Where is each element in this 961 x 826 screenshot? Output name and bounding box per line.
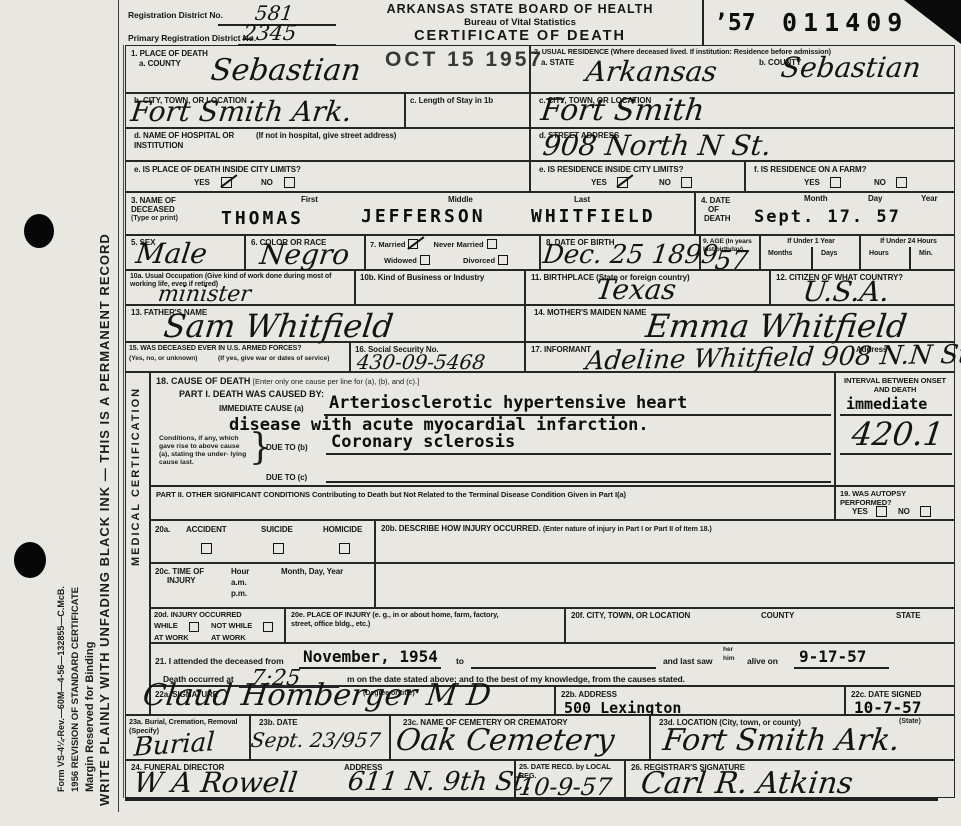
cause-code-value: 420.1 (850, 418, 946, 450)
cell-burial-type: 23a. Burial, Cremation, Removal (Specify… (125, 715, 250, 760)
farm-yes-label: YES (804, 178, 820, 188)
cell-place-city: b. CITY, TOWN, OR LOCATION Fort Smith Ar… (125, 93, 405, 128)
marital-never-label: Never Married (434, 240, 484, 249)
cell-occupation: 10a. Usual Occupation (Give kind of work… (125, 270, 355, 305)
cell-sex: 5. SEX Male (125, 235, 245, 270)
cause-c-rule (326, 481, 831, 483)
autopsy-yes-label: YES (852, 507, 868, 517)
dod-label-3: DEATH (704, 214, 730, 224)
attended-pre-label: 21. I attended the deceased from (155, 656, 284, 666)
cell-20f: 20f. CITY, TOWN, OR LOCATION COUNTY STAT… (565, 608, 955, 643)
farm-yes-checkbox (830, 177, 841, 188)
months-label: Months (768, 250, 792, 258)
cell-date-of-death: 4. DATE OF DEATH Month Day Year Sept. 17… (695, 192, 955, 235)
funeral-director-address-value: 611 N. 9th St. (346, 769, 533, 795)
autopsy-yes-checkbox (876, 506, 887, 517)
certifier-address-value: 500 Lexington (564, 701, 681, 716)
burial-date-value: Sept. 23/957 (250, 730, 382, 750)
married-checkbox (408, 239, 418, 249)
dob-value: Dec. 25 1899 (541, 242, 719, 268)
physician-signature-value: Claud Homberger M D (141, 681, 492, 711)
form-bottom-rule (125, 797, 938, 801)
place-of-death-section-label: 1. PLACE OF DEATH (131, 49, 208, 59)
place-limits-no-checkbox (284, 177, 295, 188)
divorced-checkbox (498, 255, 508, 265)
residence-state-label: a. STATE (541, 58, 574, 68)
certificate-title: CERTIFICATE OF DEATH (340, 28, 700, 44)
cell-20c: 20c. TIME OF INJURY Hour a.m. p.m. Month… (150, 563, 375, 608)
certificate-year: ’57 (714, 12, 756, 35)
cell-20e: 20e. PLACE OF INJURY (e. g., in or about… (285, 608, 565, 643)
not-while-label: NOT WHILE (211, 621, 252, 630)
binding-edge-line-inner (123, 45, 124, 798)
cell-name-of-deceased: 3. NAME OF DECEASED (Type or print) Firs… (125, 192, 695, 235)
days-label: Days (821, 250, 837, 258)
informant-value: Adeline Whitfield 908 N.N St. (584, 342, 961, 375)
autopsy-no-label: NO (898, 507, 910, 517)
under24-divider (909, 247, 911, 270)
cell-mother-name: 14. MOTHER'S MAIDEN NAME Emma Whitfield (525, 305, 955, 342)
marital-married-label: Married (378, 240, 405, 249)
part2-label: PART II. OTHER SIGNIFICANT CONDITIONS Co… (156, 490, 828, 499)
board-title: ARKANSAS STATE BOARD OF HEALTH (340, 2, 700, 16)
residence-limits-no-label: NO (659, 178, 671, 188)
cell-date-signed: 22c. DATE SIGNED 10-7-57 (845, 686, 955, 715)
margin-form-code: Form VS-4¼-Rev.—60M—4-56—132855—C.McB. (56, 586, 66, 792)
am-label: a.m. (231, 578, 247, 588)
homicide-checkbox (339, 543, 350, 554)
cell-father-name: 13. FATHER'S NAME Sam Whitfield (125, 305, 525, 342)
immediate-cause-label: IMMEDIATE CAUSE (a) (219, 404, 304, 414)
alive-on-rule (794, 667, 889, 669)
injury-state-label: STATE (896, 611, 921, 621)
cell-funeral-director: 24. FUNERAL DIRECTOR ADDRESS W A Rowell … (125, 760, 515, 798)
cell-burial-location: 23d. LOCATION (City, town, or county) (S… (650, 715, 955, 760)
funeral-director-value: W A Rowell (132, 769, 299, 797)
cell-signature: 22a. SIGNATURE (Degree or title) Claud H… (150, 686, 555, 715)
binding-edge-line (118, 0, 119, 812)
place-city-value: Fort Smith Ark. (129, 98, 353, 126)
cell-20b: 20b. DESCRIBE HOW INJURY OCCURRED. (Ente… (375, 520, 955, 563)
part1-label: PART I. DEATH WAS CAUSED BY: (179, 389, 324, 400)
occupation-value: minister (157, 284, 252, 306)
header-divider (702, 0, 704, 45)
place-of-injury-label: 20e. PLACE OF INJURY (e. g., in or about… (291, 611, 506, 629)
cell-residence-farm: f. IS RESIDENCE ON A FARM? YES NO (745, 161, 955, 192)
farm-no-label: NO (874, 178, 886, 188)
industry-label: 10b. Kind of Business or Industry (360, 273, 484, 283)
hole-punch-top (24, 214, 54, 248)
father-value: Sam Whitfield (162, 310, 395, 342)
cause-section-label: 18. CAUSE OF DEATH [Enter only one cause… (156, 376, 419, 387)
hospital-label: d. NAME OF HOSPITAL OR INSTITUTION (134, 131, 239, 150)
birthplace-value: Texas (594, 276, 677, 304)
cell-length-of-stay: c. Length of Stay in 1b (405, 93, 530, 128)
immediate-cause-line1: Arteriosclerotic hypertensive heart (329, 395, 687, 412)
bureau-subtitle: Bureau of Vital Statistics (340, 17, 700, 28)
race-value: Negro (258, 241, 351, 269)
burial-type-value: Burial (133, 729, 215, 761)
attended-from-rule (299, 667, 441, 669)
attended-to-rule (471, 667, 656, 669)
farm-no-checkbox (896, 177, 907, 188)
cell-birthplace: 11. BIRTHPLACE (State or foreign country… (525, 270, 770, 305)
registration-district-label: Registration District No. (128, 10, 223, 20)
cell-citizen: 12. CITIZEN OF WHAT COUNTRY? U.S.A. (770, 270, 955, 305)
armed-forces-note2: (If yes, give war or dates of service) (218, 355, 346, 363)
dod-year-header: Year (921, 194, 938, 204)
residence-state-value: Arkansas (584, 58, 718, 86)
never-married-checkbox (487, 239, 497, 249)
cell-certifier-address: 22b. ADDRESS 500 Lexington (555, 686, 845, 715)
injury-county-label: COUNTY (761, 611, 794, 621)
ssn-value: 430-09-5468 (356, 352, 487, 372)
hospital-note: (If not in hospital, give street address… (256, 131, 396, 141)
injury-occurred-label: 20d. INJURY OCCURRED (154, 610, 242, 619)
mother-value: Emma Whitfield (644, 310, 909, 342)
cell-armed-forces: 15. WAS DECEASED EVER IN U.S. ARMED FORC… (125, 342, 350, 372)
injury-city-label: 20f. CITY, TOWN, OR LOCATION (571, 611, 690, 621)
pm-label: p.m. (231, 589, 247, 599)
cell-industry: 10b. Kind of Business or Industry (355, 270, 525, 305)
injury-20b-label: 20b. DESCRIBE HOW INJURY OCCURRED. (Ente… (381, 524, 712, 534)
due-to-c-label: DUE TO (c) (266, 473, 307, 483)
under1-divider (811, 247, 813, 270)
margin-revision-note: 1956 REVISION OF STANDARD CERTIFICATE (70, 587, 81, 792)
due-to-b-value: Coronary sclerosis (331, 434, 515, 451)
hour-label: Hour (231, 567, 249, 577)
citizen-value: U.S.A. (801, 278, 891, 306)
name-note: (Type or print) (131, 215, 178, 223)
residence-limits-yes-label: YES (591, 178, 607, 188)
cell-informant: 17. INFORMANT Address Adeline Whitfield … (525, 342, 955, 372)
margin-permanent-record-note: WRITE PLAINLY WITH UNFADING BLACK INK — … (97, 233, 112, 806)
place-limits-no-label: NO (261, 178, 273, 188)
cell-ssn: 16. Social Security No. 430-09-5468 (350, 342, 525, 372)
at-work-label-1: AT WORK (154, 633, 189, 642)
place-limits-yes-checkbox (221, 177, 232, 188)
cell-20a: 20a. ACCIDENT SUICIDE HOMICIDE (150, 520, 375, 563)
injury-20a-number: 20a. (155, 525, 170, 535)
primary-district-label: Primary Registration District No. (128, 33, 256, 43)
suicide-label: SUICIDE (261, 525, 293, 535)
registration-district-value: 581 (254, 3, 295, 23)
informant-label: 17. INFORMANT (531, 345, 591, 355)
cell-age: 9. AGE (In years last birthday) 57 (700, 235, 760, 270)
name-label-2: DECEASED (131, 205, 175, 215)
attended-from-value: November, 1954 (303, 649, 438, 665)
widowed-checkbox (420, 255, 430, 265)
hours-label: Hours (869, 250, 889, 258)
cell-hospital-name: d. NAME OF HOSPITAL OR INSTITUTION (If n… (125, 128, 530, 161)
mother-label: 14. MOTHER'S MAIDEN NAME (534, 308, 646, 318)
attended-to-label: to (456, 656, 464, 666)
alive-on-value: 9-17-57 (799, 649, 866, 665)
cell-under-1-year: If Under 1 Year Months Days (760, 235, 860, 270)
cause-b-rule (326, 453, 831, 455)
armed-forces-label: 15. WAS DECEASED EVER IN U.S. ARMED FORC… (129, 345, 347, 353)
residence-limits-no-checkbox (681, 177, 692, 188)
registrar-signature-value: Carl R. Atkins (639, 769, 854, 799)
residence-inside-limits-label: e. IS RESIDENCE INSIDE CITY LIMITS? (539, 165, 683, 175)
cause-section-note: [Enter only one cause per line for (a), … (253, 377, 419, 386)
autopsy-no-checkbox (920, 506, 931, 517)
accident-label: ACCIDENT (186, 525, 227, 535)
homicide-label: HOMICIDE (323, 525, 362, 535)
injury-20b-note: (Enter nature of injury in Part I or Par… (543, 524, 712, 533)
date-signed-value: 10-7-57 (854, 700, 921, 716)
cell-20c-blank (375, 563, 955, 608)
name-last-value: WHITFIELD (531, 208, 656, 226)
dod-month-header: Month (804, 194, 828, 204)
name-last-header: Last (574, 195, 590, 205)
street-address-value: 908 North N St. (541, 132, 772, 160)
at-work-label-2: AT WORK (211, 633, 246, 642)
place-limits-yes-label: YES (194, 178, 210, 188)
cell-residence-city: c. CITY, TOWN, OR LOCATION Fort Smith (530, 93, 955, 128)
due-to-b-label: DUE TO (b) (266, 443, 308, 453)
autopsy-label: 19. WAS AUTOPSY PERFORMED? (840, 489, 950, 507)
cell-color-race: 6. COLOR OR RACE Negro (245, 235, 365, 270)
under24-header: If Under 24 Hours (861, 238, 956, 246)
margin-binding-note: Margin Reserved for Binding (84, 642, 96, 792)
scan-corner-fold (904, 0, 961, 44)
burial-location-value: Fort Smith Ark. (661, 726, 901, 756)
cell-place-inside-limits: e. IS PLACE OF DEATH INSIDE CITY LIMITS?… (125, 161, 530, 192)
county-label: a. COUNTY (139, 59, 181, 69)
while-checkbox (189, 622, 199, 632)
mdy-label: Month, Day, Year (281, 567, 343, 577)
cell-street-address: d. STREET ADDRESS 908 North N St. (530, 128, 955, 161)
conditions-note: Conditions, if any, which gave rise to a… (159, 435, 249, 468)
interval-label: INTERVAL BETWEEN ONSET AND DEATH (838, 376, 952, 394)
under1-header: If Under 1 Year (761, 238, 861, 246)
residence-farm-label: f. IS RESIDENCE ON A FARM? (754, 165, 866, 175)
date-received-value: 10-9-57 (518, 775, 614, 799)
cell-autopsy: 19. WAS AUTOPSY PERFORMED? YES NO (835, 486, 955, 520)
cell-date-of-birth: 8. DATE OF BIRTH Dec. 25 1899 (540, 235, 700, 270)
her-label: her (723, 646, 733, 654)
medical-certification-strip (125, 372, 150, 715)
cell-interval: INTERVAL BETWEEN ONSET AND DEATH immedia… (835, 372, 955, 486)
min-label: Min. (919, 250, 933, 258)
cell-date-received: 25. DATE RECD. by LOCAL REG. 10-9-57 (515, 760, 625, 798)
armed-forces-note1: (Yes, no, or unknown) (129, 355, 198, 363)
residence-county-value: Sebastian (779, 54, 922, 82)
place-inside-limits-label: e. IS PLACE OF DEATH INSIDE CITY LIMITS? (134, 165, 301, 175)
marital-divorced-label: Divorced (463, 256, 495, 265)
cell-cemetery: 23c. NAME OF CEMETERY OR CREMATORY Oak C… (390, 715, 650, 760)
marital-number: 7. (370, 240, 376, 249)
cell-registrar-signature: 26. REGISTRAR'S SIGNATURE Carl R. Atkins (625, 760, 955, 798)
primary-district-value: 2345 (242, 23, 298, 44)
residence-limits-yes-checkbox (617, 177, 628, 188)
sex-value: Male (134, 240, 208, 268)
cell-part2: PART II. OTHER SIGNIFICANT CONDITIONS Co… (150, 486, 835, 520)
cemetery-value: Oak Cemetery (394, 726, 616, 756)
cell-usual-residence: 2. USUAL RESIDENCE (Where deceased lived… (530, 45, 955, 93)
cell-burial-date: 23b. DATE Sept. 23/957 (250, 715, 390, 760)
county-value: Sebastian (209, 56, 362, 86)
burial-location-state-label: (State) (899, 718, 921, 726)
name-middle-value: JEFFERSON (361, 208, 486, 226)
time-of-injury-label2: INJURY (167, 576, 195, 586)
length-of-stay-label: c. Length of Stay in 1b (410, 96, 493, 106)
marital-widowed-label: Widowed (384, 256, 417, 265)
cell-20d: 20d. INJURY OCCURRED WHILE NOT WHILE AT … (150, 608, 285, 643)
cell-marital-status: 7. Married Never Married Widowed Divorce… (365, 235, 540, 270)
him-label: him (723, 655, 735, 663)
cell-under-24-hours: If Under 24 Hours Hours Min. (860, 235, 955, 270)
dod-value: Sept. 17. 57 (754, 209, 901, 226)
last-saw-label: and last saw (663, 656, 712, 666)
cell-residence-inside-limits: e. IS RESIDENCE INSIDE CITY LIMITS? YES … (530, 161, 745, 192)
certificate-number: 011409 (782, 10, 908, 35)
name-first-header: First (301, 195, 318, 205)
dod-day-header: Day (868, 194, 882, 204)
death-certificate-scan: Form VS-4¼-Rev.—60M—4-56—132855—C.McB. 1… (0, 0, 961, 826)
residence-city-value: Fort Smith (539, 96, 706, 126)
cell-place-of-death-county: 1. PLACE OF DEATH a. COUNTY Sebastian (125, 45, 530, 93)
alive-on-label: alive on (747, 656, 778, 666)
interval-rule-2 (840, 453, 952, 455)
name-first-value: THOMAS (221, 210, 304, 228)
accident-checkbox (201, 543, 212, 554)
burial-date-label: 23b. DATE (259, 718, 298, 728)
suicide-checkbox (273, 543, 284, 554)
interval-value: immediate (846, 397, 927, 412)
cell-cause-of-death: 18. CAUSE OF DEATH [Enter only one cause… (150, 372, 835, 486)
name-middle-header: Middle (448, 195, 473, 205)
while-label: WHILE (154, 621, 178, 630)
hole-punch-bottom (14, 542, 46, 578)
not-while-checkbox (263, 622, 273, 632)
